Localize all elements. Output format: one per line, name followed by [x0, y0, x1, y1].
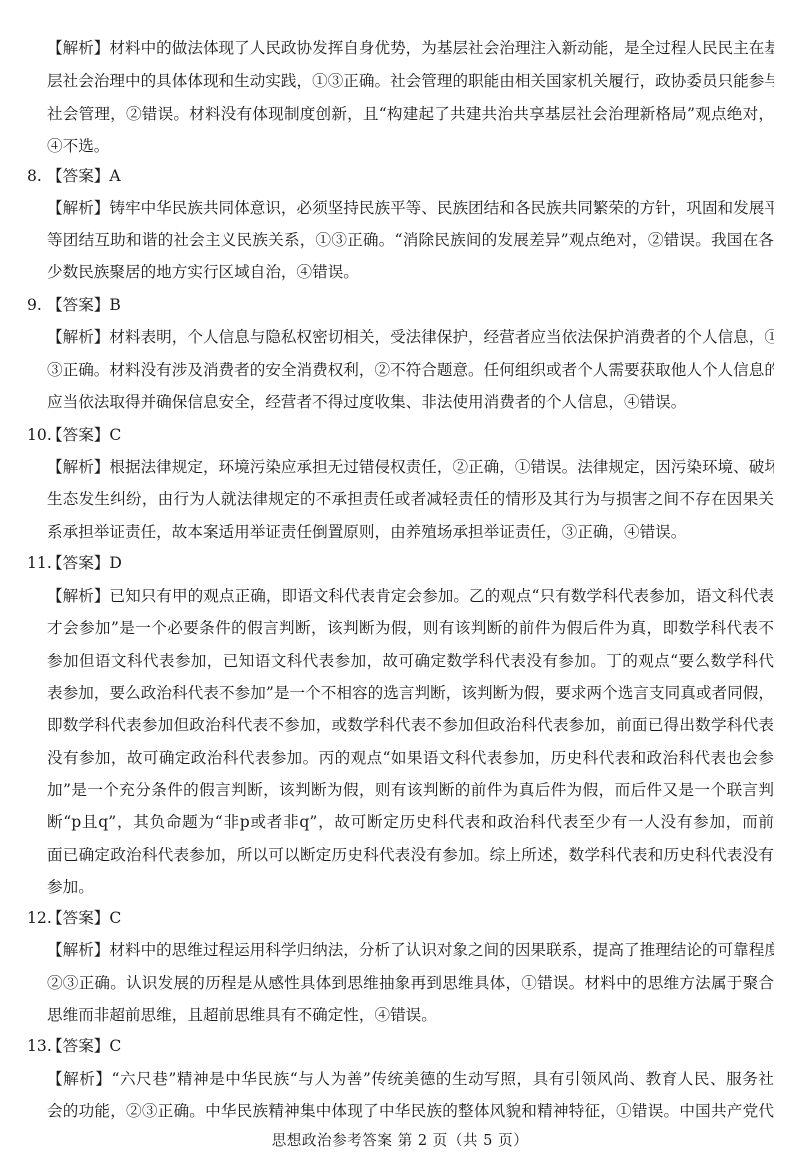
- text-line: 参加。: [47, 877, 774, 897]
- page-footer: 思想政治参考答案 第 2 页（共 5 页）: [0, 1131, 800, 1151]
- document-page: 【解析】材料中的做法体现了人民政协发挥自身优势，为基层社会治理注入新动能，是全过…: [0, 0, 800, 1172]
- text-line: 断“p且q”，其负命题为“非p或者非q”，故可断定历史科代表和政治科代表至少有一…: [47, 812, 774, 832]
- answer-label: 【答案】A: [47, 167, 121, 185]
- text-line: 层社会治理中的具体体现和生动实践，①③正确。社会管理的职能由相关国家机关履行，政…: [47, 71, 774, 91]
- text-line: 才会参加”是一个必要条件的假言判断，该判断为假，则有该判断的前件为假后件为真，即…: [47, 618, 774, 638]
- text-line: 会的功能，②③正确。中华民族精神集中体现了中华民族的整体风貌和精神特征，①错误。…: [47, 1101, 774, 1121]
- answer-heading: 12.【答案】C: [27, 908, 121, 928]
- question-number: 8.: [27, 166, 47, 186]
- question-number: 13.: [27, 1036, 47, 1056]
- text-line: 【解析】铸牢中华民族共同体意识，必须坚持民族平等、民族团结和各民族共同繁荣的方针…: [47, 198, 774, 218]
- answer-heading: 10.【答案】C: [27, 425, 121, 445]
- text-line: 系承担举证责任，故本案适用举证责任倒置原则，由养殖场承担举证责任，③正确，④错误…: [47, 522, 774, 542]
- question-number: 12.: [27, 908, 47, 928]
- text-line: 参加但语文科代表参加，已知语文科代表参加，故可确定数学科代表没有参加。丁的观点“…: [47, 651, 774, 671]
- text-line: ②③正确。认识发展的历程是从感性具体到思维抽象再到思维具体，①错误。材料中的思维…: [47, 973, 774, 993]
- text-line: 表参加，要么政治科代表不参加”是一个不相容的选言判断，该判断为假，要求两个选言支…: [47, 683, 774, 703]
- answer-label: 【答案】D: [47, 554, 122, 572]
- question-number: 9.: [27, 295, 47, 315]
- answer-heading: 11.【答案】D: [27, 553, 122, 573]
- answer-heading: 13.【答案】C: [27, 1036, 121, 1056]
- text-line: 社会管理，②错误。材料没有体现制度创新，且“构建起了共建共治共享基层社会治理新格…: [47, 104, 774, 124]
- answer-heading: 8.【答案】A: [27, 166, 121, 186]
- text-line: 少数民族聚居的地方实行区域自治，④错误。: [47, 262, 774, 282]
- answer-label: 【答案】C: [47, 426, 121, 444]
- answer-heading: 9.【答案】B: [27, 295, 121, 315]
- text-line: ④不选。: [47, 136, 774, 156]
- answer-label: 【答案】B: [47, 296, 121, 314]
- text-line: ③正确。材料没有涉及消费者的安全消费权利，②不符合题意。任何组织或者个人需要获取…: [47, 360, 774, 380]
- text-line: 【解析】材料中的思维过程运用科学归纳法，分析了认识对象之间的因果联系，提高了推理…: [47, 940, 774, 960]
- text-line: 等团结互助和谐的社会主义民族关系，①③正确。“消除民族间的发展差异”观点绝对，②…: [47, 230, 774, 250]
- text-line: 【解析】已知只有甲的观点正确，即语文科代表肯定会参加。乙的观点“只有数学科代表参…: [47, 586, 774, 606]
- text-line: 没有参加，故可确定政治科代表参加。丙的观点“如果语文科代表参加，历史科代表和政治…: [47, 748, 774, 768]
- text-line: 加”是一个充分条件的假言判断，该判断为假，则有该判断的前件为真后件为假，而后件又…: [47, 780, 774, 800]
- answer-label: 【答案】C: [47, 909, 121, 927]
- question-number: 11.: [27, 553, 47, 573]
- answer-label: 【答案】C: [47, 1037, 121, 1055]
- text-line: 【解析】材料中的做法体现了人民政协发挥自身优势，为基层社会治理注入新动能，是全过…: [47, 38, 774, 58]
- text-line: 思维而非超前思维，且超前思维具有不确定性，④错误。: [47, 1005, 774, 1025]
- text-line: 【解析】根据法律规定，环境污染应承担无过错侵权责任，②正确，①错误。法律规定，因…: [47, 457, 774, 477]
- text-line: 即数学科代表参加但政治科代表不参加，或数学科代表不参加但政治科代表参加，前面已得…: [47, 715, 774, 735]
- question-number: 10.: [27, 425, 47, 445]
- text-line: 生态发生纠纷，由行为人就法律规定的不承担责任或者减轻责任的情形及其行为与损害之间…: [47, 489, 774, 509]
- text-line: 【解析】“六尺巷”精神是中华民族“与人为善”传统美德的生动写照，具有引领风尚、教…: [47, 1069, 774, 1089]
- text-line: 面已确定政治科代表参加，所以可以断定历史科代表没有参加。综上所述，数学科代表和历…: [47, 845, 774, 865]
- text-line: 应当依法取得并确保信息安全，经营者不得过度收集、非法使用消费者的个人信息，④错误…: [47, 392, 774, 412]
- text-line: 【解析】材料表明，个人信息与隐私权密切相关，受法律保护，经营者应当依法保护消费者…: [47, 327, 774, 347]
